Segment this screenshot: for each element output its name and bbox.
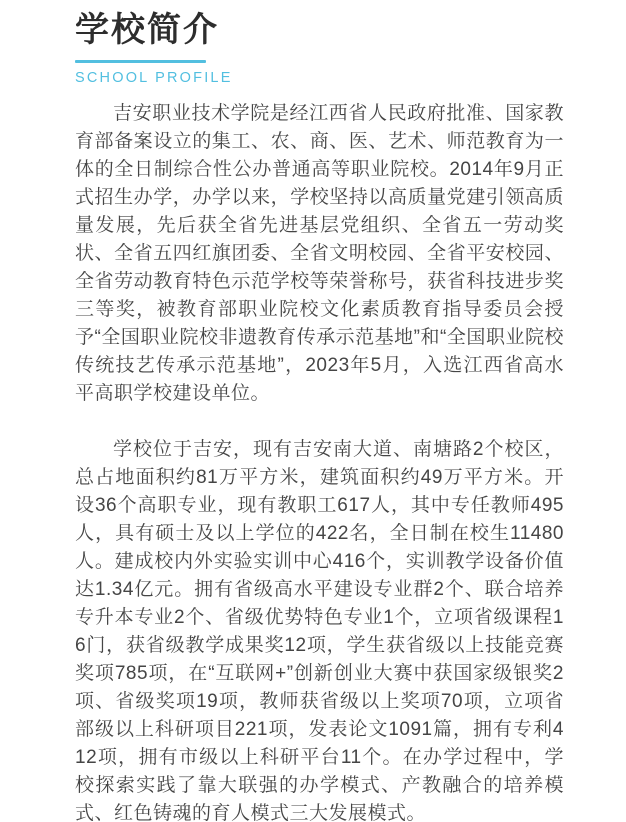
paragraph-school-overview: 吉安职业技术学院是经江西省人民政府批准、国家教育部备案设立的集工、农、商、医、艺… bbox=[75, 100, 564, 408]
page-title: 学校简介 bbox=[75, 8, 564, 52]
title-underline-divider bbox=[75, 60, 206, 63]
page-subtitle: SCHOOL PROFILE bbox=[75, 71, 564, 86]
paragraph-school-statistics: 学校位于吉安，现有吉安南大道、南塘路2个校区，总占地面积约81万平方米，建筑面积… bbox=[75, 436, 564, 822]
body-text: 吉安职业技术学院是经江西省人民政府批准、国家教育部备案设立的集工、农、商、医、艺… bbox=[75, 100, 564, 822]
school-profile-page: 学校简介 SCHOOL PROFILE 吉安职业技术学院是经江西省人民政府批准、… bbox=[0, 0, 626, 822]
